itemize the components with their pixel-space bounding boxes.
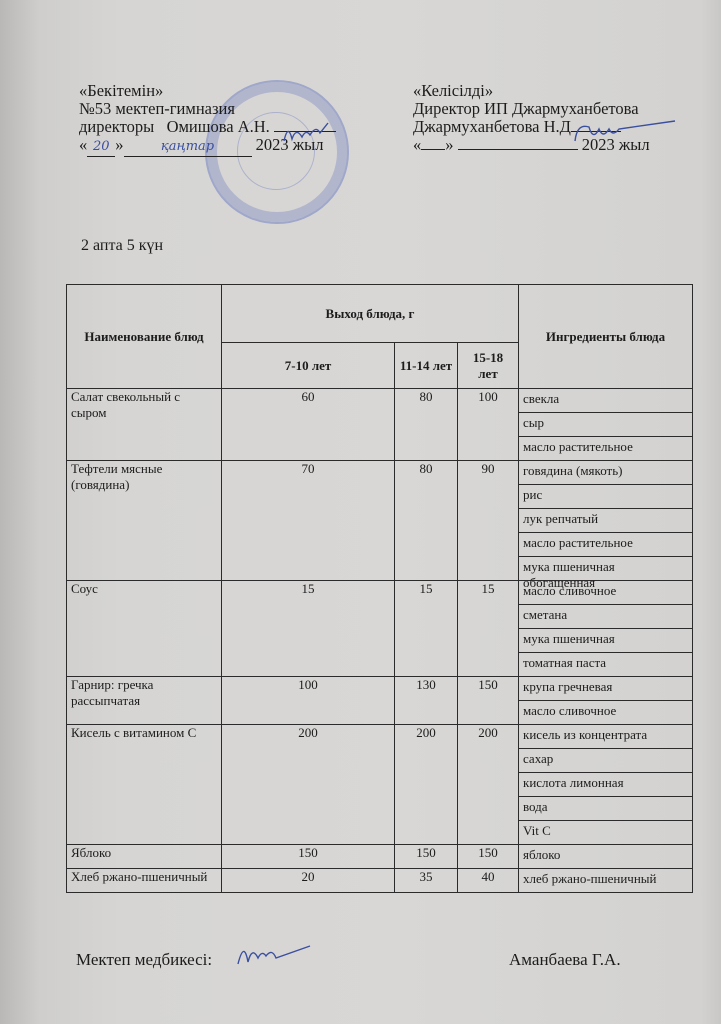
table-row: Яблоко150150150яблоко (67, 845, 693, 869)
approval-right-director: Директор ИП Джармуханбетова (413, 100, 650, 118)
director-name: Омишова А.Н. (167, 117, 270, 136)
ingredient-item: томатная паста (519, 653, 692, 676)
schedule-label: 2 апта 5 күн (81, 237, 163, 255)
ingredient-list: хлеб ржано-пшеничный (519, 869, 693, 893)
dish-yield: 200 (458, 725, 519, 845)
ingredient-list: свекласырмасло растительное (519, 389, 693, 461)
nurse-name: Аманбаева Г.А. (509, 950, 621, 970)
approval-left-title: «Бекітемін» (79, 82, 336, 100)
table-row: Соус151515масло сливочноесметанамука пше… (67, 581, 693, 677)
header-yield: Выход блюда, г (222, 285, 519, 343)
ingredient-item: кисель из концентрата (519, 725, 692, 749)
ingredient-list: говядина (мякоть)рислук репчатыймасло ра… (519, 461, 693, 581)
ingredient-item: лук репчатый (519, 509, 692, 533)
nurse-label: Мектеп медбикесі: (76, 950, 212, 970)
dish-name: Соус (67, 581, 222, 677)
dish-name: Яблоко (67, 845, 222, 869)
dish-yield: 150 (395, 845, 458, 869)
header-age-11-14: 11-14 лет (395, 343, 458, 389)
signature-icon (571, 119, 681, 147)
signature-icon (280, 121, 332, 147)
table-row: Салат свекольный с сыром6080100свекласыр… (67, 389, 693, 461)
dish-yield: 70 (222, 461, 395, 581)
dish-yield: 80 (395, 389, 458, 461)
dish-name: Тефтели мясные (говядина) (67, 461, 222, 581)
ingredient-item: мука пшеничная обогащенная (519, 557, 692, 580)
approval-block-left: «Бекітемін» №53 мектеп-гимназия директор… (79, 82, 336, 157)
approval-right-title: «Келісілді» (413, 82, 650, 100)
ingredient-item: масло растительное (519, 533, 692, 557)
signature-line (571, 131, 621, 132)
header-age-7-10: 7-10 лет (222, 343, 395, 389)
dish-yield: 60 (222, 389, 395, 461)
approval-block-right: «Келісілді» Директор ИП Джармуханбетова … (413, 82, 650, 154)
ingredient-item: крупа гречневая (519, 677, 692, 701)
ingredient-item: говядина (мякоть) (519, 461, 692, 485)
dish-yield: 15 (458, 581, 519, 677)
ingredient-item: яблоко (519, 845, 692, 868)
ingredient-item: хлеб ржано-пшеничный (519, 869, 692, 892)
ingredient-item: масло сливочное (519, 701, 692, 724)
dish-yield: 150 (458, 677, 519, 725)
table-row: Кисель с витамином С200200200кисель из к… (67, 725, 693, 845)
nurse-signature-icon (234, 936, 314, 970)
header-age-15-18: 15-18 лет (458, 343, 519, 389)
ingredient-item: вода (519, 797, 692, 821)
dish-yield: 40 (458, 869, 519, 893)
ingredient-item: масло растительное (519, 437, 692, 460)
approval-right-name-line: Джармуханбетова Н.Д (413, 118, 650, 136)
dish-yield: 90 (458, 461, 519, 581)
dish-yield: 200 (395, 725, 458, 845)
ingredient-list: крупа гречневаямасло сливочное (519, 677, 693, 725)
dish-name: Хлеб ржано-пшеничный (67, 869, 222, 893)
ingredient-item: сахар (519, 749, 692, 773)
header-dish-name: Наименование блюд (67, 285, 222, 389)
dish-yield: 130 (395, 677, 458, 725)
dish-yield: 15 (222, 581, 395, 677)
menu-table: Наименование блюд Выход блюда, г Ингреди… (66, 284, 693, 893)
ingredient-item: кислота лимонная (519, 773, 692, 797)
dish-yield: 150 (222, 845, 395, 869)
dish-yield: 100 (458, 389, 519, 461)
table-row: Гарнир: гречка рассыпчатая100130150крупа… (67, 677, 693, 725)
approval-left-school: №53 мектеп-гимназия (79, 100, 336, 118)
ingredient-item: сыр (519, 413, 692, 437)
table-row: Тефтели мясные (говядина)708090говядина … (67, 461, 693, 581)
dish-name: Салат свекольный с сыром (67, 389, 222, 461)
dish-name: Гарнир: гречка рассыпчатая (67, 677, 222, 725)
dish-yield: 200 (222, 725, 395, 845)
header-ingredients: Ингредиенты блюда (519, 285, 693, 389)
dish-yield: 80 (395, 461, 458, 581)
ingredient-item: Vit C (519, 821, 692, 844)
ingredient-list: кисель из концентратасахаркислота лимонн… (519, 725, 693, 845)
ingredient-item: свекла (519, 389, 692, 413)
ingredient-item: мука пшеничная (519, 629, 692, 653)
dish-yield: 35 (395, 869, 458, 893)
ingredient-item: рис (519, 485, 692, 509)
ingredient-item: сметана (519, 605, 692, 629)
ingredient-list: яблоко (519, 845, 693, 869)
ingredient-list: масло сливочноесметанамука пшеничнаятома… (519, 581, 693, 677)
dish-yield: 20 (222, 869, 395, 893)
dish-name: Кисель с витамином С (67, 725, 222, 845)
dish-yield: 150 (458, 845, 519, 869)
approval-left-director: директоры Омишова А.Н. (79, 118, 336, 136)
dish-yield: 15 (395, 581, 458, 677)
table-row: Хлеб ржано-пшеничный203540хлеб ржано-пше… (67, 869, 693, 893)
dish-yield: 100 (222, 677, 395, 725)
ingredient-item: масло сливочное (519, 581, 692, 605)
signature-line (274, 131, 336, 132)
